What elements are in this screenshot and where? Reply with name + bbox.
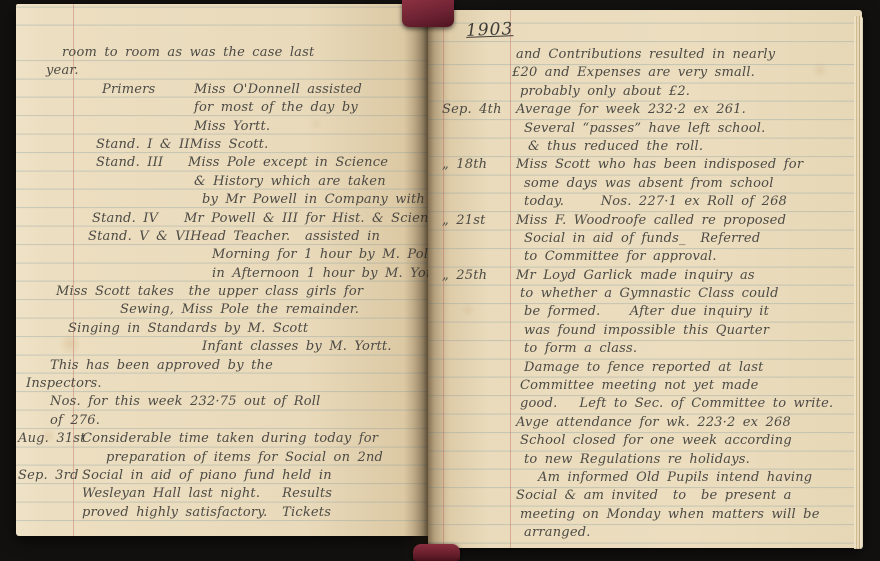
journal-line: „ 21stMiss F. Woodroofe called re propos… xyxy=(428,212,862,230)
entry-text: Avge attendance for wk. 223·2 ex 268 xyxy=(516,415,791,430)
class-label: Stand. I & II xyxy=(96,136,190,154)
entry-text: room to room as was the case last xyxy=(62,45,314,60)
entry-text: Social & am invited to be present a xyxy=(516,488,792,503)
notebook-photo: room to room as was the case lastyear.Pr… xyxy=(0,0,880,561)
entry-text: arranged. xyxy=(524,525,591,540)
journal-line: for most of the day by xyxy=(16,99,428,117)
entry-text: Mr Powell & III for Hist. & Science xyxy=(184,211,444,226)
entry-text: Am informed Old Pupils intend having xyxy=(538,470,812,485)
class-label: Stand. V & VI xyxy=(88,228,190,246)
journal-line: & thus reduced the roll. xyxy=(428,138,862,156)
left-page: room to room as was the case lastyear.Pr… xyxy=(16,4,428,536)
entry-text: of 276. xyxy=(50,413,100,428)
journal-line: be formed. After due inquiry it xyxy=(428,303,862,321)
journal-line: Stand. V & VIHead Teacher. assisted in xyxy=(16,228,428,246)
entry-text: £20 and Expenses are very small. xyxy=(512,65,755,80)
entry-text: Miss Pole except in Science xyxy=(188,155,388,170)
entry-text: to form a class. xyxy=(524,341,637,356)
entry-text: Inspectors. xyxy=(26,376,102,391)
journal-line: Social & am invited to be present a xyxy=(428,487,862,505)
entry-text: Considerable time taken during today for xyxy=(82,431,378,446)
journal-line: „ 25thMr Loyd Garlick made inquiry as xyxy=(428,267,862,285)
journal-line: Sep. 3rdSocial in aid of piano fund held… xyxy=(16,467,428,485)
entry-text: Morning for 1 hour by M. Pole xyxy=(212,247,436,262)
journal-line: Stand. IVMr Powell & III for Hist. & Sci… xyxy=(16,210,428,228)
journal-line: Infant classes by M. Yortt. xyxy=(16,338,428,356)
entry-text: Miss Scott who has been indisposed for xyxy=(516,157,803,172)
entry-date: „ 25th xyxy=(442,267,487,285)
entry-text: Singing in Standards by M. Scott xyxy=(68,321,308,336)
entry-text: was found impossible this Quarter xyxy=(524,323,769,338)
journal-line: room to room as was the case last xyxy=(16,44,428,62)
journal-line: Damage to fence reported at last xyxy=(428,359,862,377)
entry-text: year. xyxy=(46,63,79,78)
journal-line: Committee meeting not yet made xyxy=(428,377,862,395)
entry-text: meeting on Monday when matters will be xyxy=(520,507,820,522)
journal-line: Several “passes” have left school. xyxy=(428,120,862,138)
entry-text: Miss Scott takes the upper class girls f… xyxy=(56,284,363,299)
entry-text: Several “passes” have left school. xyxy=(524,121,765,136)
entry-text: Damage to fence reported at last xyxy=(524,360,764,375)
journal-line: preparation of items for Social on 2nd xyxy=(16,449,428,467)
entry-text: Social in aid of funds_ Referred xyxy=(524,231,760,246)
entry-text: Sewing, Miss Pole the remainder. xyxy=(120,302,359,317)
journal-line: in Afternoon 1 hour by M. Yortt. xyxy=(16,265,428,283)
journal-line: and Contributions resulted in nearly xyxy=(428,46,862,64)
journal-line: Singing in Standards by M. Scott xyxy=(16,320,428,338)
entry-text: Miss Yortt. xyxy=(194,119,270,134)
journal-line: Wesleyan Hall last night. Results xyxy=(16,485,428,503)
entry-text: for most of the day by xyxy=(194,100,358,115)
right-page: 1903 and Contributions resulted in nearl… xyxy=(428,10,862,548)
journal-line: some days was absent from school xyxy=(428,175,862,193)
entry-date: „ 21st xyxy=(442,212,486,230)
journal-line: Morning for 1 hour by M. Pole xyxy=(16,246,428,264)
entry-date: Sep. 4th xyxy=(442,101,502,119)
journal-line: arranged. xyxy=(428,524,862,542)
entry-text: This has been approved by the xyxy=(50,358,273,373)
journal-line: This has been approved by the xyxy=(16,357,428,375)
entry-text: to Committee for approval. xyxy=(524,249,717,264)
entry-text: by Mr Powell in Company with IV. xyxy=(202,192,449,207)
journal-line: was found impossible this Quarter xyxy=(428,322,862,340)
entry-text: to whether a Gymnastic Class could xyxy=(520,286,779,301)
entry-text: Average for week 232·2 ex 261. xyxy=(516,102,746,117)
entry-text: Infant classes by M. Yortt. xyxy=(202,339,392,354)
journal-line: Nos. for this week 232·75 out of Roll xyxy=(16,393,428,411)
entry-date: Aug. 31st xyxy=(18,430,86,448)
class-label: Primers xyxy=(102,81,194,99)
entry-text: Committee meeting not yet made xyxy=(520,378,759,393)
entry-text: be formed. After due inquiry it xyxy=(524,304,769,319)
entry-text: to new Regulations re holidays. xyxy=(524,452,750,467)
entry-text: proved highly satisfactory. Tickets xyxy=(82,505,331,520)
entry-text: preparation of items for Social on 2nd xyxy=(106,450,383,465)
entry-date: „ 18th xyxy=(442,156,487,174)
year-header: 1903 xyxy=(466,19,514,41)
binding-ribbon-top-icon xyxy=(402,0,454,27)
entry-text: and Contributions resulted in nearly xyxy=(516,47,775,62)
journal-line: proved highly satisfactory. Tickets xyxy=(16,504,428,522)
class-label: Stand. III xyxy=(96,154,188,172)
journal-line: to whether a Gymnastic Class could xyxy=(428,285,862,303)
entry-text: Wesleyan Hall last night. Results xyxy=(82,486,332,501)
journal-line: to Committee for approval. xyxy=(428,248,862,266)
journal-line: by Mr Powell in Company with IV. xyxy=(16,191,428,209)
journal-line: Sep. 4thAverage for week 232·2 ex 261. xyxy=(428,101,862,119)
entry-text: Miss O'Donnell assisted xyxy=(194,82,362,97)
entry-text: Nos. for this week 232·75 out of Roll xyxy=(50,394,320,409)
journal-line: Stand. I & IIMiss Scott. xyxy=(16,136,428,154)
entry-text: probably only about £2. xyxy=(520,84,690,99)
entry-text: Miss F. Woodroofe called re proposed xyxy=(516,213,786,228)
entry-text: & thus reduced the roll. xyxy=(528,139,703,154)
journal-line: Sewing, Miss Pole the remainder. xyxy=(16,301,428,319)
entry-text: today. Nos. 227·1 ex Roll of 268 xyxy=(524,194,787,209)
journal-line: Miss Scott takes the upper class girls f… xyxy=(16,283,428,301)
entry-text: & History which are taken xyxy=(194,174,386,189)
entry-text: in Afternoon 1 hour by M. Yortt. xyxy=(212,266,447,281)
journal-line: Stand. IIIMiss Pole except in Science xyxy=(16,154,428,172)
journal-line: Miss Yortt. xyxy=(16,118,428,136)
journal-line: good. Left to Sec. of Committee to write… xyxy=(428,395,862,413)
journal-line: to new Regulations re holidays. xyxy=(428,451,862,469)
journal-line: of 276. xyxy=(16,412,428,430)
journal-line: & History which are taken xyxy=(16,173,428,191)
journal-line: £20 and Expenses are very small. xyxy=(428,64,862,82)
entry-text: some days was absent from school xyxy=(524,176,774,191)
class-label: Stand. IV xyxy=(92,210,184,228)
journal-line: „ 18thMiss Scott who has been indisposed… xyxy=(428,156,862,174)
right-page-lines: and Contributions resulted in nearly£20 … xyxy=(428,46,862,543)
journal-line: Aug. 31stConsiderable time taken during … xyxy=(16,430,428,448)
journal-line: today. Nos. 227·1 ex Roll of 268 xyxy=(428,193,862,211)
entry-text: good. Left to Sec. of Committee to write… xyxy=(520,396,833,411)
journal-line: Social in aid of funds_ Referred xyxy=(428,230,862,248)
entry-text: Social in aid of piano fund held in xyxy=(82,468,332,483)
entry-text: Miss Scott. xyxy=(190,137,269,152)
left-page-lines: room to room as was the case lastyear.Pr… xyxy=(16,44,428,522)
journal-line: Am informed Old Pupils intend having xyxy=(428,469,862,487)
entry-date: Sep. 3rd xyxy=(18,467,79,485)
journal-line: PrimersMiss O'Donnell assisted xyxy=(16,81,428,99)
journal-line: School closed for one week according xyxy=(428,432,862,450)
entry-text: School closed for one week according xyxy=(520,433,792,448)
journal-line: Avge attendance for wk. 223·2 ex 268 xyxy=(428,414,862,432)
entry-text: Mr Loyd Garlick made inquiry as xyxy=(516,268,755,283)
journal-line: Inspectors. xyxy=(16,375,428,393)
journal-line: to form a class. xyxy=(428,340,862,358)
binding-ribbon-bottom-icon xyxy=(413,544,460,561)
entry-text: Head Teacher. assisted in xyxy=(190,229,380,244)
journal-line: probably only about £2. xyxy=(428,83,862,101)
journal-line: year. xyxy=(16,62,428,80)
journal-line: meeting on Monday when matters will be xyxy=(428,506,862,524)
